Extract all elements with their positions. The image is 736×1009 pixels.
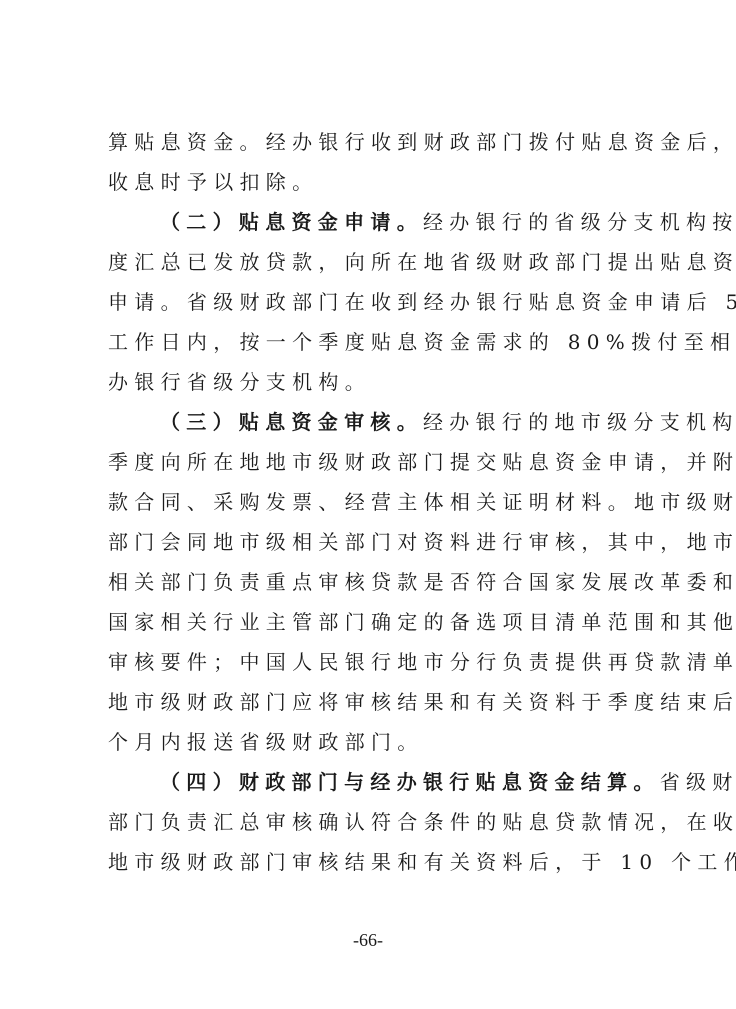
section-heading-line: （三）贴息资金审核。经办银行的地市级分支机构按 (108, 402, 640, 442)
section-heading-line: （四）财政部门与经办银行贴息资金结算。省级财政 (108, 762, 640, 802)
section-heading: （四）财政部门与经办银行贴息资金结算。 (160, 770, 660, 794)
document-body: 算贴息资金。经办银行收到财政部门拨付贴息资金后，在 收息时予以扣除。 （二）贴息… (108, 122, 640, 882)
paragraph-line: 季度向所在地地市级财政部门提交贴息资金申请，并附贷 (108, 442, 640, 482)
paragraph-text: 省级财政 (660, 770, 736, 794)
section-heading: （二）贴息资金申请。 (160, 210, 423, 234)
paragraph-line: 度汇总已发放贷款，向所在地省级财政部门提出贴息资金 (108, 242, 640, 282)
paragraph-line: 申请。省级财政部门在收到经办银行贴息资金申请后 5 个 (108, 282, 640, 322)
paragraph-line: 地市级财政部门应将审核结果和有关资料于季度结束后 1 (108, 682, 640, 722)
paragraph-line: 收息时予以扣除。 (108, 162, 640, 202)
paragraph-line: 工作日内，按一个季度贴息资金需求的 80%拨付至相关经 (108, 322, 640, 362)
paragraph-line: 个月内报送省级财政部门。 (108, 722, 640, 762)
paragraph-line: 办银行省级分支机构。 (108, 362, 640, 402)
paragraph-line: 审核要件；中国人民银行地市分行负责提供再贷款清单。 (108, 642, 640, 682)
page-number: -66- (0, 930, 736, 951)
section-heading: （三）贴息资金审核。 (160, 410, 423, 434)
paragraph-text: 经办银行的地市级分支机构按 (423, 410, 736, 434)
paragraph-line: 算贴息资金。经办银行收到财政部门拨付贴息资金后，在 (108, 122, 640, 162)
paragraph-line: 地市级财政部门审核结果和有关资料后，于 10 个工作日 (108, 842, 640, 882)
paragraph-line: 部门会同地市级相关部门对资料进行审核，其中，地市级 (108, 522, 640, 562)
paragraph-text: 经办银行的省级分支机构按季 (423, 210, 736, 234)
paragraph-line: 款合同、采购发票、经营主体相关证明材料。地市级财政 (108, 482, 640, 522)
paragraph-line: 相关部门负责重点审核贷款是否符合国家发展改革委和 (108, 562, 640, 602)
paragraph-line: 部门负责汇总审核确认符合条件的贴息贷款情况，在收到 (108, 802, 640, 842)
paragraph-line: 国家相关行业主管部门确定的备选项目清单范围和其他 (108, 602, 640, 642)
section-heading-line: （二）贴息资金申请。经办银行的省级分支机构按季 (108, 202, 640, 242)
